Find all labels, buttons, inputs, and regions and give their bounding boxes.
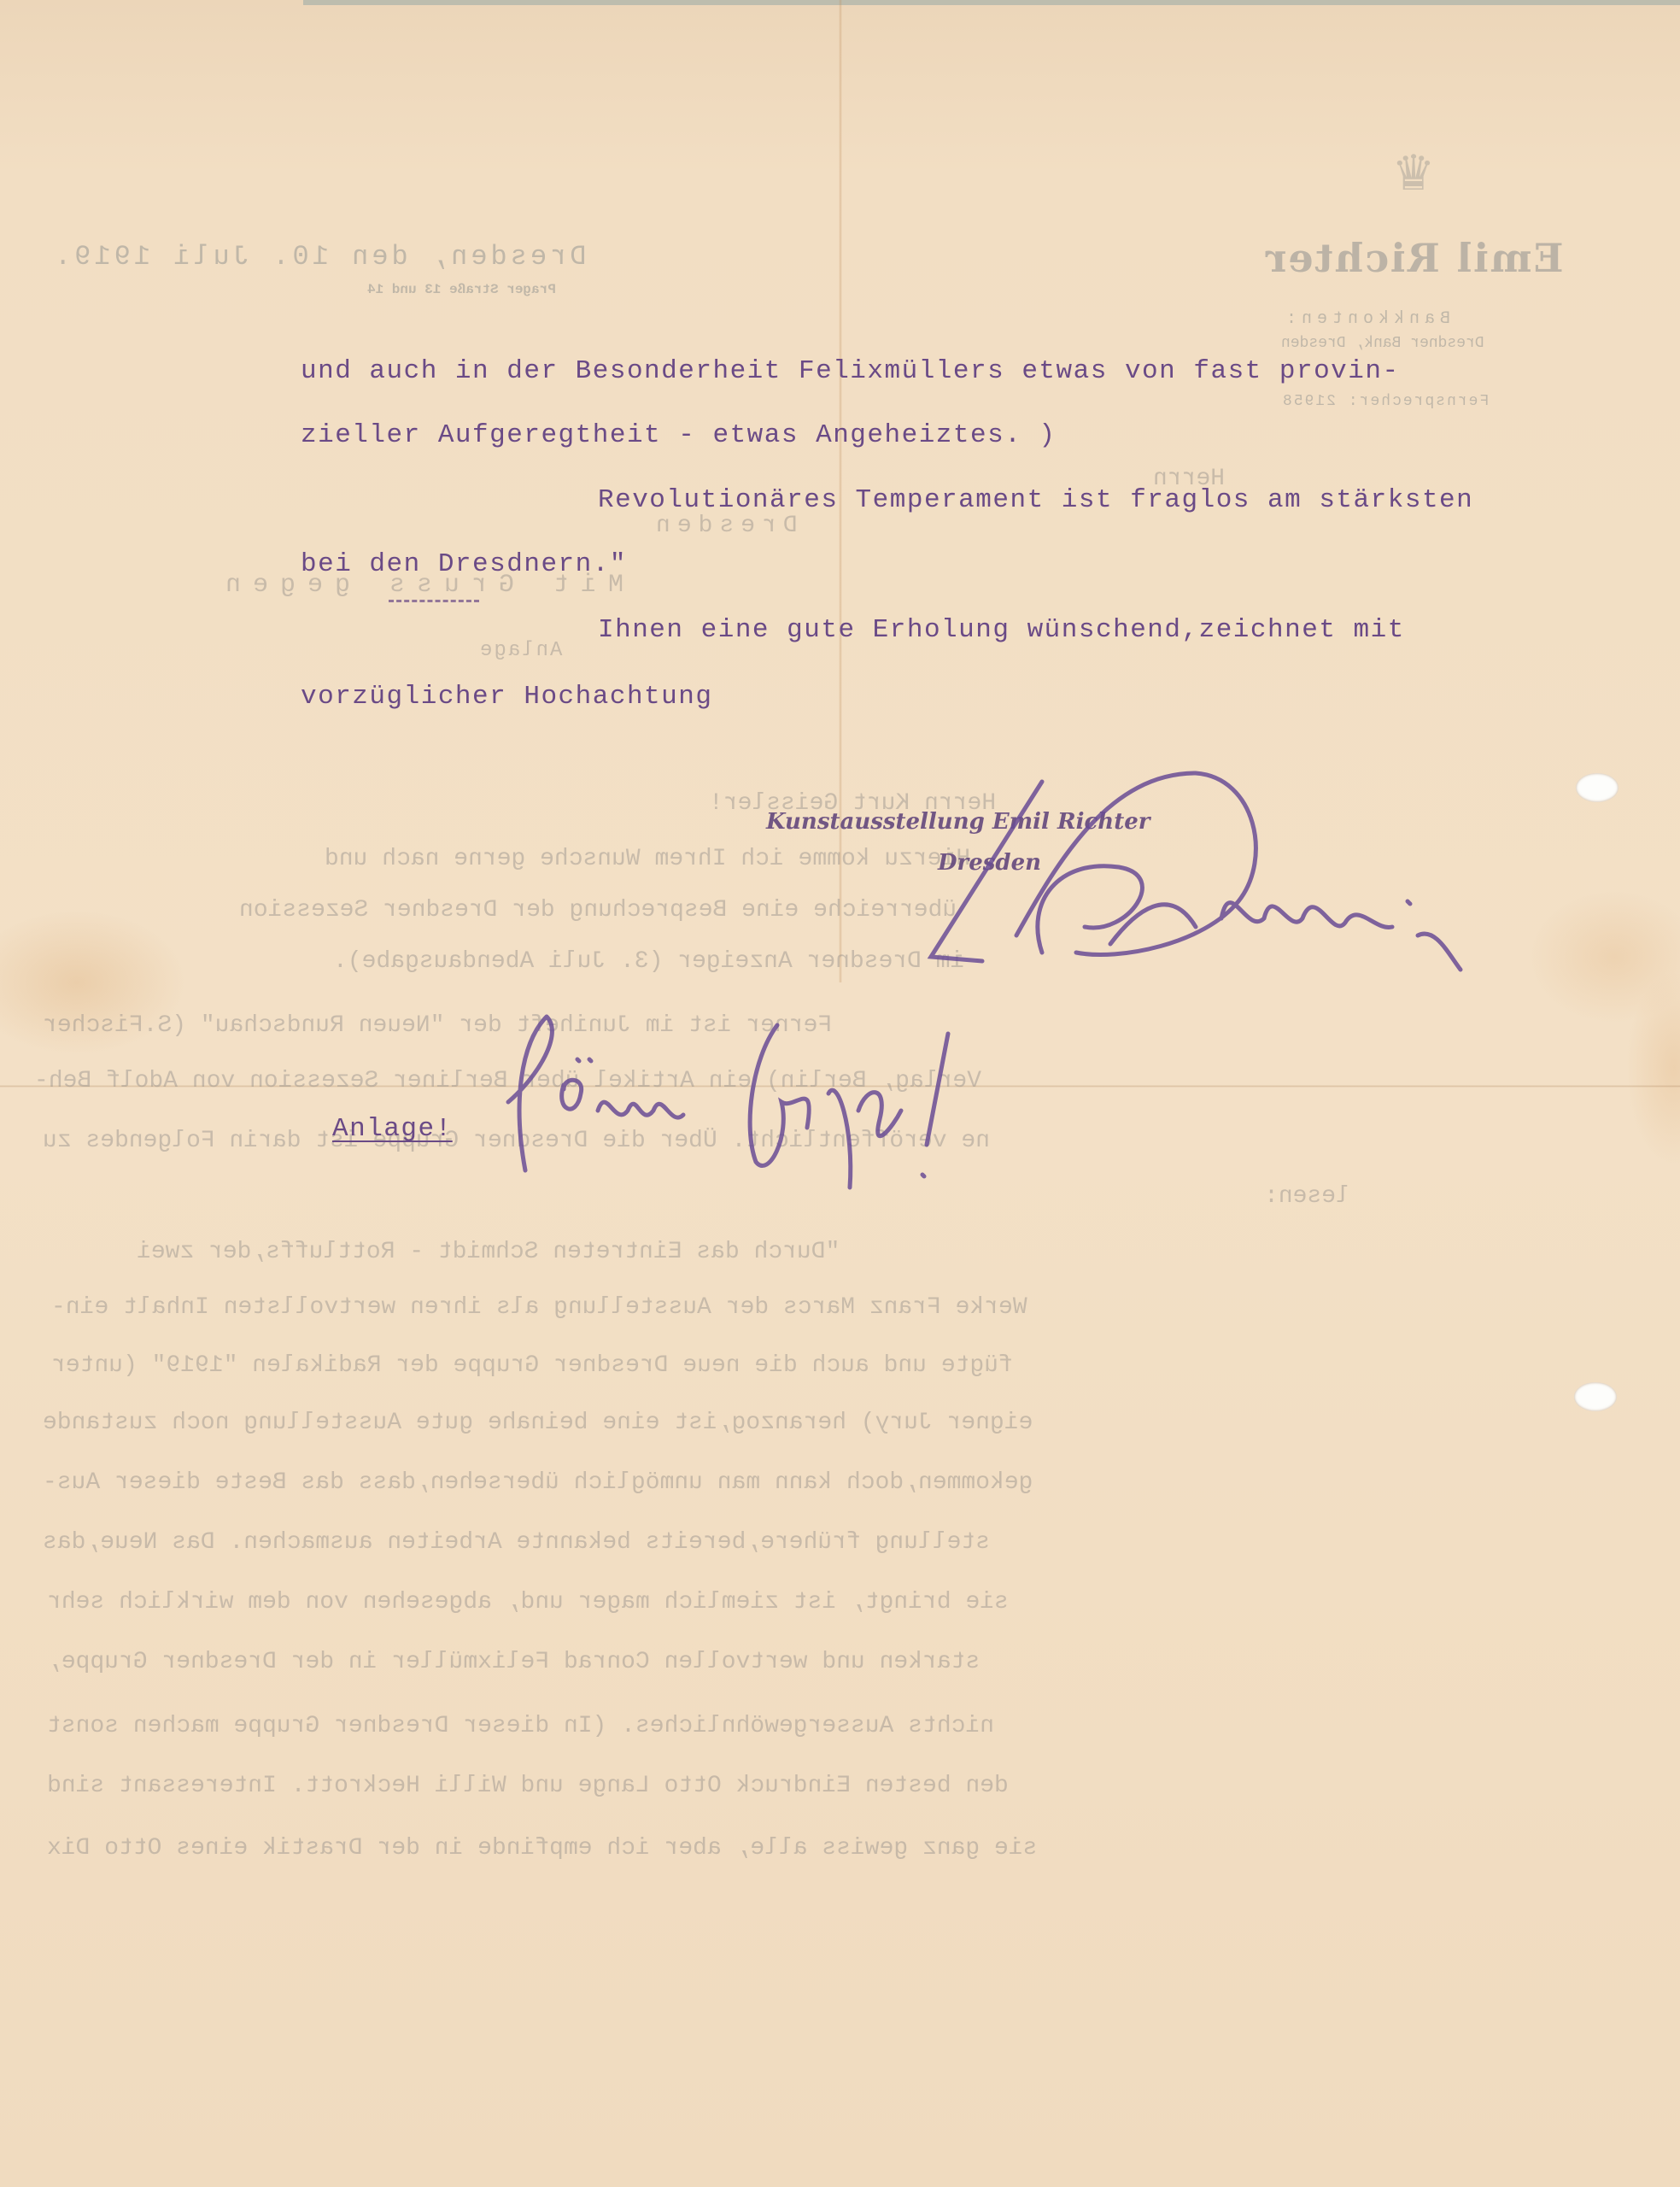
reverse-line: im Dresdner Anzeiger (3. Juli Abendausga…: [333, 948, 964, 975]
enclosure-label: Anlage!: [332, 1114, 453, 1144]
handwritten-greeting-icon: [427, 1008, 1076, 1205]
reverse-line: sie bringt, ist ziemlich mager und, abge…: [47, 1589, 1009, 1615]
body-line-6: vorzüglicher Hochachtung: [301, 682, 712, 712]
reverse-line: "Durch das Eintreten Schmidt - Rottluffs…: [137, 1239, 840, 1265]
reverse-line: lesen:: [1264, 1183, 1350, 1210]
typed-strike-mark: [389, 600, 479, 602]
reverse-line: sie ganz gewiss alle, aber ich empfinde …: [47, 1835, 1037, 1862]
scan-top-edge: [303, 0, 1680, 5]
letter-page: ♛ Emil Richter Bankkonten: Dresdner Bank…: [0, 0, 1680, 2187]
reverse-line: eigner Jury) heranzog,ist eine beinahe g…: [43, 1410, 1033, 1436]
body-line-1: und auch in der Besonderheit Felixmüller…: [301, 356, 1400, 386]
reverse-line: starken und wertvollen Conrad Felixmülle…: [47, 1649, 980, 1675]
coat-of-arms-icon: ♛: [1358, 137, 1469, 214]
reverse-line: Werke Franz Marcs der Ausstellung als ih…: [51, 1294, 1027, 1321]
reverse-line: Hierzu komme ich Ihrem Wunsche gerne nac…: [325, 846, 970, 872]
reverse-line: nichts Aussergewöhnliches. (In dieser Dr…: [47, 1713, 994, 1739]
letterhead-bank-label-bleed: Bankkonten:: [1281, 309, 1450, 329]
reverse-line: überreiche eine Besprechung der Dresdner…: [239, 897, 957, 923]
recipient-bleed-1: Dresden: [649, 513, 798, 539]
letterhead-name-bleed: Emil Richter: [1264, 235, 1564, 281]
body-line-5: Ihnen eine gute Erholung wünschend,zeich…: [598, 615, 1405, 645]
punch-hole-top: [1576, 773, 1619, 802]
recipient-bleed-3: Anlage: [478, 639, 562, 662]
reverse-line: gekommen,doch kann man unmöglich überseh…: [43, 1469, 1033, 1496]
body-line-3: Revolutionäres Temperament ist fraglos a…: [598, 485, 1473, 515]
letterhead-phone-bleed: Fernsprecher: 21958: [1281, 393, 1489, 410]
punch-hole-bottom: [1574, 1382, 1617, 1411]
body-line-4: bei den Dresdnern.": [301, 549, 627, 579]
signature-scribble-icon: [914, 756, 1529, 978]
place-date-bleed: Dresden, den 10. Juli 1919.: [51, 241, 586, 273]
body-line-2: zieller Aufgeregtheit - etwas Angeheizte…: [301, 420, 1057, 450]
reverse-line: stellung frühere,bereits bekannte Arbeit…: [43, 1529, 990, 1556]
reverse-line: fügte und auch die neue Dresdner Gruppe …: [51, 1352, 1013, 1379]
address-bleed: Prager Straße 13 und 14: [367, 282, 556, 297]
letterhead-bank-bleed: Dresdner Bank, Dresden: [1281, 335, 1484, 352]
reverse-line: den besten Eindruck Otto Lange und Willi…: [47, 1773, 1009, 1799]
